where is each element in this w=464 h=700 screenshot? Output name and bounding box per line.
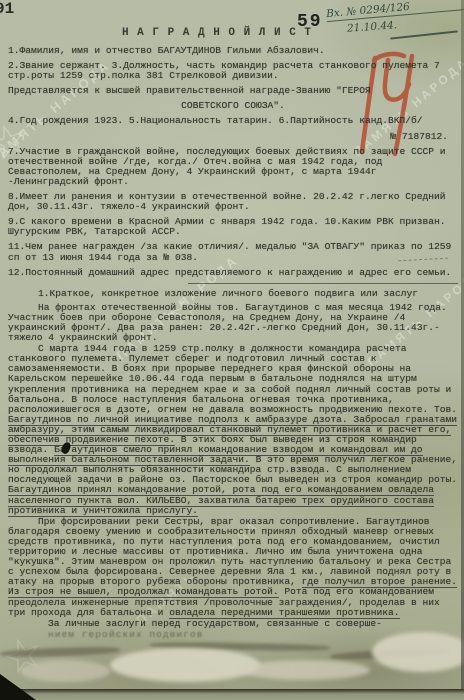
field-presented-award-line2: СОВЕТСКОГО СОЮЗА". — [8, 101, 458, 111]
field-previous-awards: 11.Чем ранее награжден /за какие отличия… — [8, 242, 458, 262]
closing-line: За личные заслуги перед государством, св… — [8, 619, 458, 629]
feat-paragraph: На фронтах отечественной войны тов. Бага… — [8, 303, 458, 343]
corner-page-number: 91 — [0, 0, 14, 18]
scanned-award-document: ПАМЯТЬ НАРОДА ПАМЯТЬ НАРОДА ПАМЯТЬ НАРОД… — [0, 0, 464, 700]
field-presented-award-line1: Представляется к высшей правительственно… — [8, 86, 458, 96]
field-birth-nationality-party: 4.Год рождения 1923. 5.Национальность та… — [8, 116, 458, 126]
field-home-address: 12.Постоянный домашний адрес представляе… — [8, 268, 458, 278]
paper-damage — [0, 646, 120, 658]
feat-paragraph: С марта 1944 года в 1259 стр.полку в дол… — [8, 344, 458, 516]
paper-tear — [240, 660, 370, 680]
field-war-participation: 7.Участие в гражданской войне, последующ… — [8, 147, 458, 187]
scan-corner-shadow — [0, 674, 36, 700]
feat-paragraph: При форсировании реки Сестры, враг оказа… — [8, 517, 458, 618]
page-bottom-edge — [0, 689, 464, 700]
field-wounds: 8.Имеет ли ранения и контузии в отечеств… — [8, 192, 458, 212]
document-body: 1.Фамилия, имя и отчество БАГАУТДИНОВ Ги… — [8, 46, 458, 641]
section-divider — [188, 283, 458, 284]
field-name: 1.Фамилия, имя и отчество БАГАУТДИНОВ Ги… — [8, 46, 458, 56]
paper-tear — [372, 632, 464, 672]
field-service-since-drafted-by: 9.С какого времени в Красной Армии с янв… — [8, 217, 458, 237]
document-title: Н А Г Р А Д Н О Й Л И С Т — [0, 27, 434, 39]
paper-tear — [110, 648, 260, 682]
field-rank-unit: 2.Звание сержант. 3.Должность, часть ком… — [8, 61, 458, 81]
field-party-card-number: № 7187812. — [8, 132, 458, 142]
feat-section-heading: 1.Краткое, конкретное изложение личного … — [8, 289, 458, 299]
